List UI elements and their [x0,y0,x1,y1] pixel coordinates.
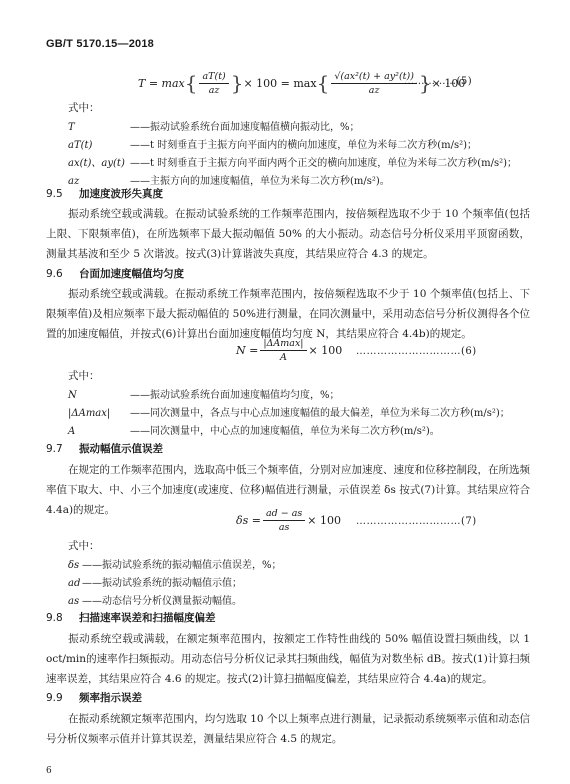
section-number: 9.5 [46,188,79,200]
eq7-number: …………………………(7) [356,516,477,527]
def-symbol: T [68,122,130,133]
definition-ad: ad——振动试验系统的振动幅值示值； [68,574,242,589]
where-label-1: 式中： [68,100,100,115]
paragraph-text: 振动系统空载或满载，在额定频率范围内，按额定工作特性曲线的 50% 幅值设置扫频… [46,633,530,685]
eq6-numerator: |ΔAmax| [260,338,306,351]
equation-7: δs = ad − as as × 100 [236,508,341,533]
definition-ax-ay: ax(t)、ay(t)——t 时刻垂直于主振方向平面内两个正交的横向加速度，单位… [68,154,517,169]
def-dash: —— [130,122,150,133]
def-text: 同次测量中，中心点的加速度幅值，单位为米每二次方秒(m/s²)。 [150,426,440,437]
eq5-brace-close: } [231,71,244,95]
paragraph-text: 振动系统空载或满载。在振动系统工作频率范围内，按倍频程选取不少于 10 个频率值… [46,288,530,340]
definition-N: N——振动试验系统台面加速度幅值均匀度，%； [68,386,340,401]
def-text: 振动试验系统的振动幅值示值； [102,578,242,589]
section-9-7-heading: 9.7振动幅值示值误差 [46,441,163,456]
def-text: 主振方向的加速度幅值，单位为米每二次方秒(m/s²)。 [150,176,390,187]
eq6-times: × 100 [309,344,343,357]
section-title: 频率指示误差 [79,692,142,704]
eq7-numerator: ad − as [263,508,305,521]
section-9-9-body: 在振动系统额定频率范围内，均匀选取 10 个以上频率点进行测量，记录振动系统频率… [46,709,530,749]
section-9-9-heading: 9.9频率指示误差 [46,690,142,705]
eq7-denominator: as [279,521,290,533]
eq6-denominator: A [280,351,287,363]
eq5-frac1-numerator: aT(t) [199,71,228,84]
def-symbol: as [68,596,82,607]
eq5-frac2-denominator: az [369,84,380,96]
standard-id-header: GB/T 5170.15—2018 [46,38,154,50]
eq5-times-1: × 100 = max [243,77,316,90]
def-symbol: A [68,426,130,437]
section-9-5-body: 振动系统空载或满载。在振动试验系统的工作频率范围内，按倍频程选取不少于 10 个… [46,204,530,264]
def-symbol: δs [68,560,82,571]
definition-aT: aT(t)——t 时刻垂直于主振方向平面内的横向加速度，单位为米每二次方秒(m/… [68,136,477,151]
definition-as: as——动态信号分析仪测量振动幅值。 [68,592,242,607]
eq5-fraction-1: aT(t) az [199,71,228,96]
section-number: 9.9 [46,692,79,704]
eq6-number: …………………………(6) [356,346,477,357]
section-number: 9.7 [46,443,79,455]
definition-delta-Amax: |ΔAmax|——同次测量中，各点与中心点加速度幅值的最大偏差，单位为米每二次方… [68,404,510,419]
definition-delta-s: δs——振动试验系统的振动幅值示值误差，%； [68,556,282,571]
def-text: t 时刻垂直于主振方向平面内的横向加速度，单位为米每二次方秒(m/s²)； [150,140,477,151]
def-text: 同次测量中，各点与中心点加速度幅值的最大偏差，单位为米每二次方秒(m/s²)； [150,408,510,419]
eq6-fraction: |ΔAmax| A [260,338,306,363]
eq5-frac1-denominator: az [209,84,220,96]
eq5-number: ……………(5) [404,76,472,87]
definition-az: az——主振方向的加速度幅值，单位为米每二次方秒(m/s²)。 [68,172,390,187]
def-dash: —— [130,390,150,401]
def-dash: —— [130,158,150,169]
page-number: 6 [46,766,52,776]
def-symbol: aT(t) [68,140,130,151]
def-text: 动态信号分析仪测量振动幅值。 [102,596,242,607]
section-title: 扫描速率误差和扫描幅度偏差 [79,612,216,624]
section-9-8-heading: 9.8扫描速率误差和扫描幅度偏差 [46,610,216,625]
def-text: 振动试验系统台面加速度幅值横向振动比，%； [150,122,360,133]
paragraph-text: 在振动系统额定频率范围内，均匀选取 10 个以上频率点进行测量，记录振动系统频率… [46,713,530,745]
equation-6: N = |ΔAmax| A × 100 [236,338,342,363]
where-label-3: 式中： [68,538,100,553]
def-dash: —— [82,578,102,589]
eq7-fraction: ad − as as [263,508,305,533]
section-9-6-heading: 9.6台面加速度幅值均匀度 [46,266,184,281]
def-dash: —— [130,408,150,419]
paragraph-text: 振动系统空载或满载。在振动试验系统的工作频率范围内，按倍频程选取不少于 10 个… [46,208,530,260]
section-9-6-body: 振动系统空载或满载。在振动系统工作频率范围内，按倍频程选取不少于 10 个频率值… [46,284,530,344]
definition-A: A——同次测量中，中心点的加速度幅值，单位为米每二次方秒(m/s²)。 [68,422,440,437]
def-dash: —— [82,596,102,607]
section-number: 9.6 [46,268,79,280]
def-symbol: ad [68,578,82,589]
def-text: 振动试验系统的振动幅值示值误差，%； [102,560,282,571]
def-dash: —— [130,140,150,151]
section-title: 振动幅值示值误差 [79,443,163,455]
definition-T: T——振动试验系统台面加速度幅值横向振动比，%； [68,118,360,133]
def-symbol: ax(t)、ay(t) [68,154,130,169]
section-number: 9.8 [46,612,79,624]
section-9-5-heading: 9.5加速度波形失真度 [46,186,163,201]
eq5-brace-open-2: { [317,71,330,95]
section-title: 加速度波形失真度 [79,188,163,200]
def-dash: —— [130,426,150,437]
section-title: 台面加速度幅值均匀度 [79,268,184,280]
def-symbol: N [68,390,130,401]
eq6-lhs: N = [236,344,258,357]
section-9-8-body: 振动系统空载或满载，在额定频率范围内，按额定工作特性曲线的 50% 幅值设置扫频… [46,629,530,689]
def-symbol: |ΔAmax| [68,408,130,419]
where-label-2: 式中： [68,368,100,383]
eq5-lhs: T = max [138,77,185,90]
eq7-times: × 100 [307,514,341,527]
eq5-brace-open: { [185,71,198,95]
def-dash: —— [82,560,102,571]
def-text: t 时刻垂直于主振方向平面内两个正交的横向加速度，单位为米每二次方秒(m/s²)… [150,158,517,169]
eq7-lhs: δs = [236,514,261,527]
def-text: 振动试验系统台面加速度幅值均匀度，%； [150,390,340,401]
